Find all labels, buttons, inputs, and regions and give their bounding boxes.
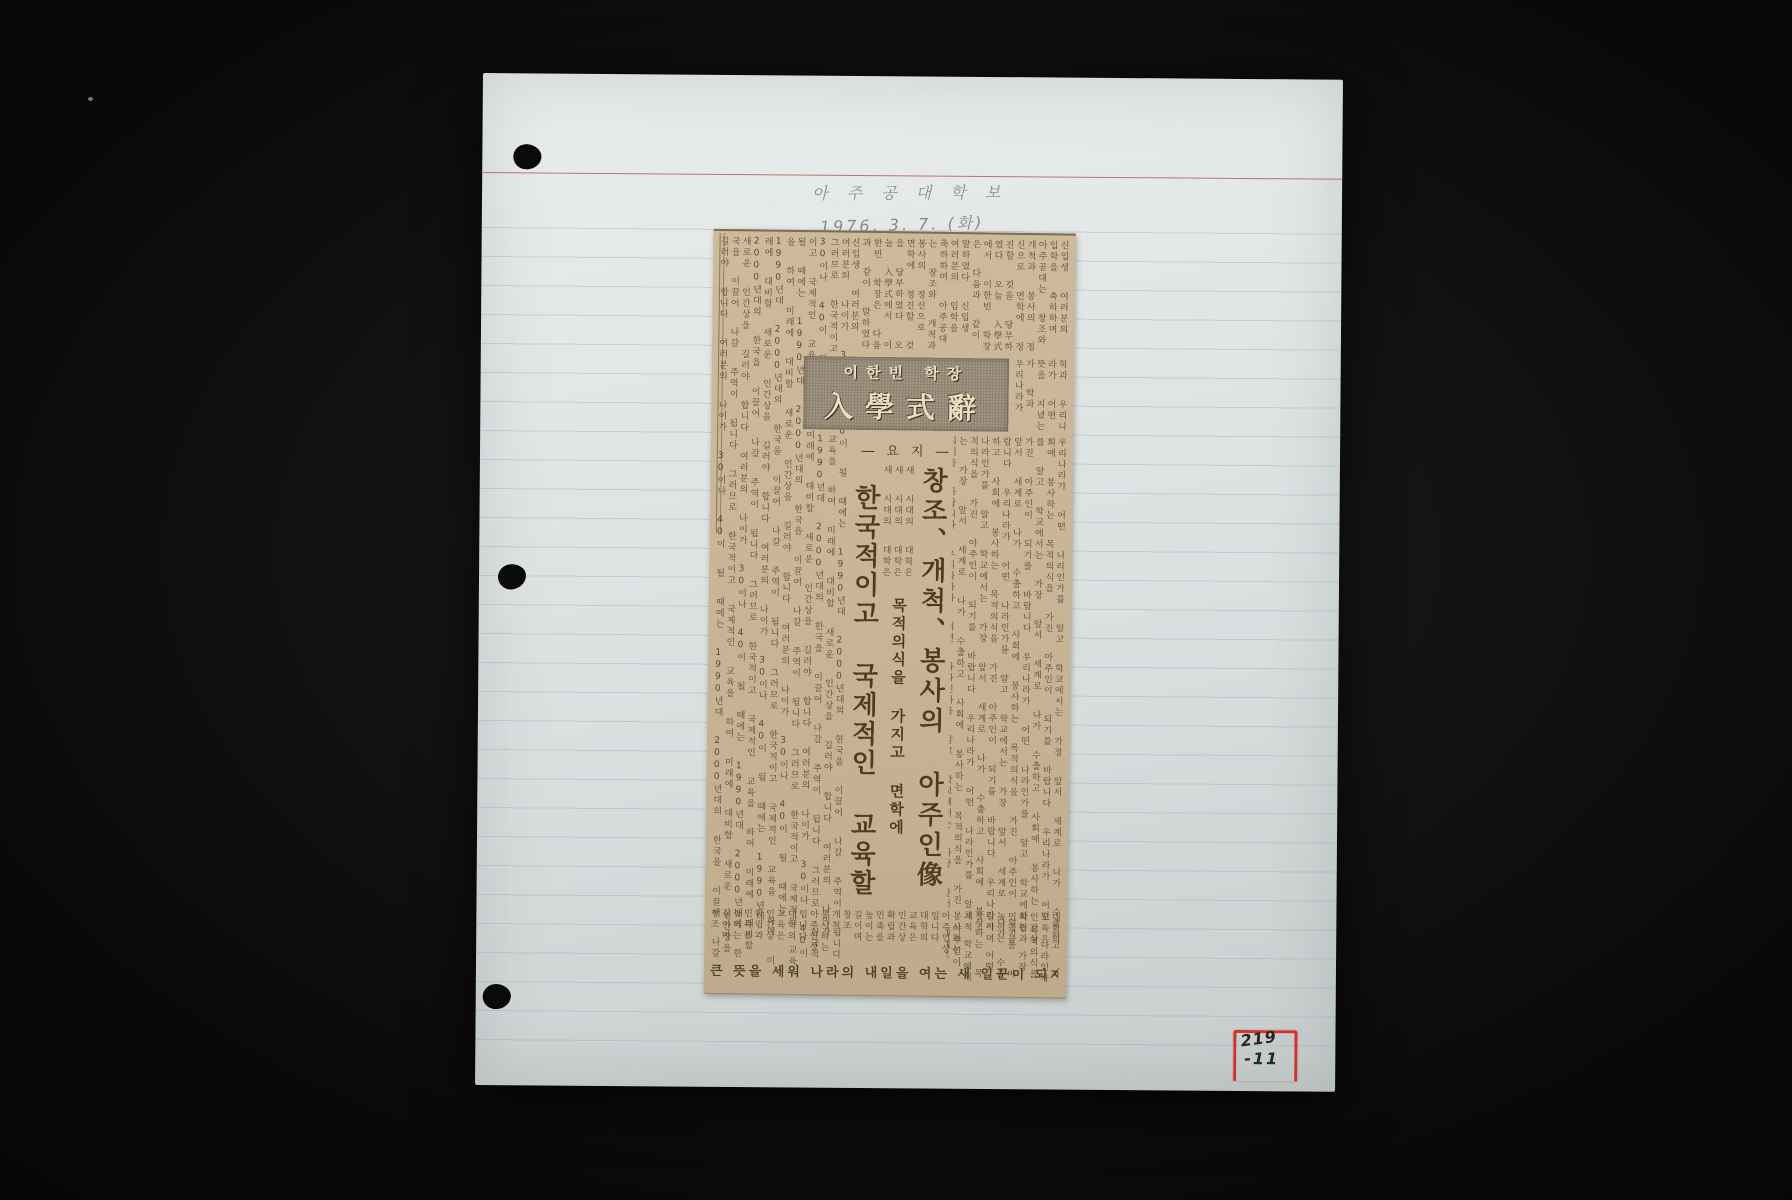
body-text-left: 여러분의 나이가 30이나 40이 될 때에는 1990년대 2000년대의 한…: [710, 236, 850, 970]
summary-marker: ― 요 지 ―: [851, 440, 963, 460]
headline-sub: 목적의식을 가지고 면학에 정진: [883, 597, 910, 869]
body-text-bottom: 대학의 교육은 인간상 확립과 민족을 높이는 길이며 창조 개척 봉사하는 아…: [710, 908, 1060, 961]
margin-line: [482, 172, 1342, 180]
archive-number-line2: -11: [1244, 1049, 1279, 1068]
headline-secondary: 한국적이고 국제적인 교육할 터: [842, 484, 883, 914]
archive-number-line1: 219: [1239, 1027, 1278, 1051]
punch-hole-top: [512, 142, 543, 171]
bottom-caption: 큰 뜻을 세워 나라의 내일을 여는 새 일꾼이 되자: [710, 960, 1059, 991]
body-text-beside-masthead: 학과 우리나라가 어떤 뜻을 지녔는가 학과 우리나라가 어떤 뜻을 지녔는가: [1011, 359, 1067, 436]
newspaper-clipping: 신입생 여러분의 입학을 축하하며 아주공대는 창조와 개척과 봉사의 정신으로…: [704, 229, 1076, 999]
handwritten-source-title: 아 주 공 대 학 보: [812, 180, 1007, 204]
masthead-box: 이한빈 학장 入學式辭: [803, 356, 1009, 432]
dust-speck: [88, 97, 93, 101]
body-text-right: 우리나라가 어떤 나라인가를 알고 학교에서는 가장 앞서 세계로 나가 수출하…: [946, 436, 1066, 989]
archive-number-label: 219 -11: [1233, 1030, 1297, 1082]
body-text-top: 신입생 여러분의 입학을 축하하며 아주공대는 창조와 개척과 봉사의 정신으로…: [849, 238, 1068, 357]
masthead-title: 入學式辭: [803, 384, 1009, 428]
headline-main: 창조、개척、봉사의 아주인像 必要: [909, 467, 950, 909]
notebook-page: 아 주 공 대 학 보 1976. 3. 7. (화) 219 -11 신입생 …: [475, 73, 1343, 1092]
archival-photo: 아 주 공 대 학 보 1976. 3. 7. (화) 219 -11 신입생 …: [0, 0, 1792, 1200]
body-text-middle: 새 시대의 대학은 새 시대의 대학은 새 시대의 대학은: [881, 465, 914, 593]
masthead-kicker: 이한빈 학장: [804, 361, 1009, 385]
